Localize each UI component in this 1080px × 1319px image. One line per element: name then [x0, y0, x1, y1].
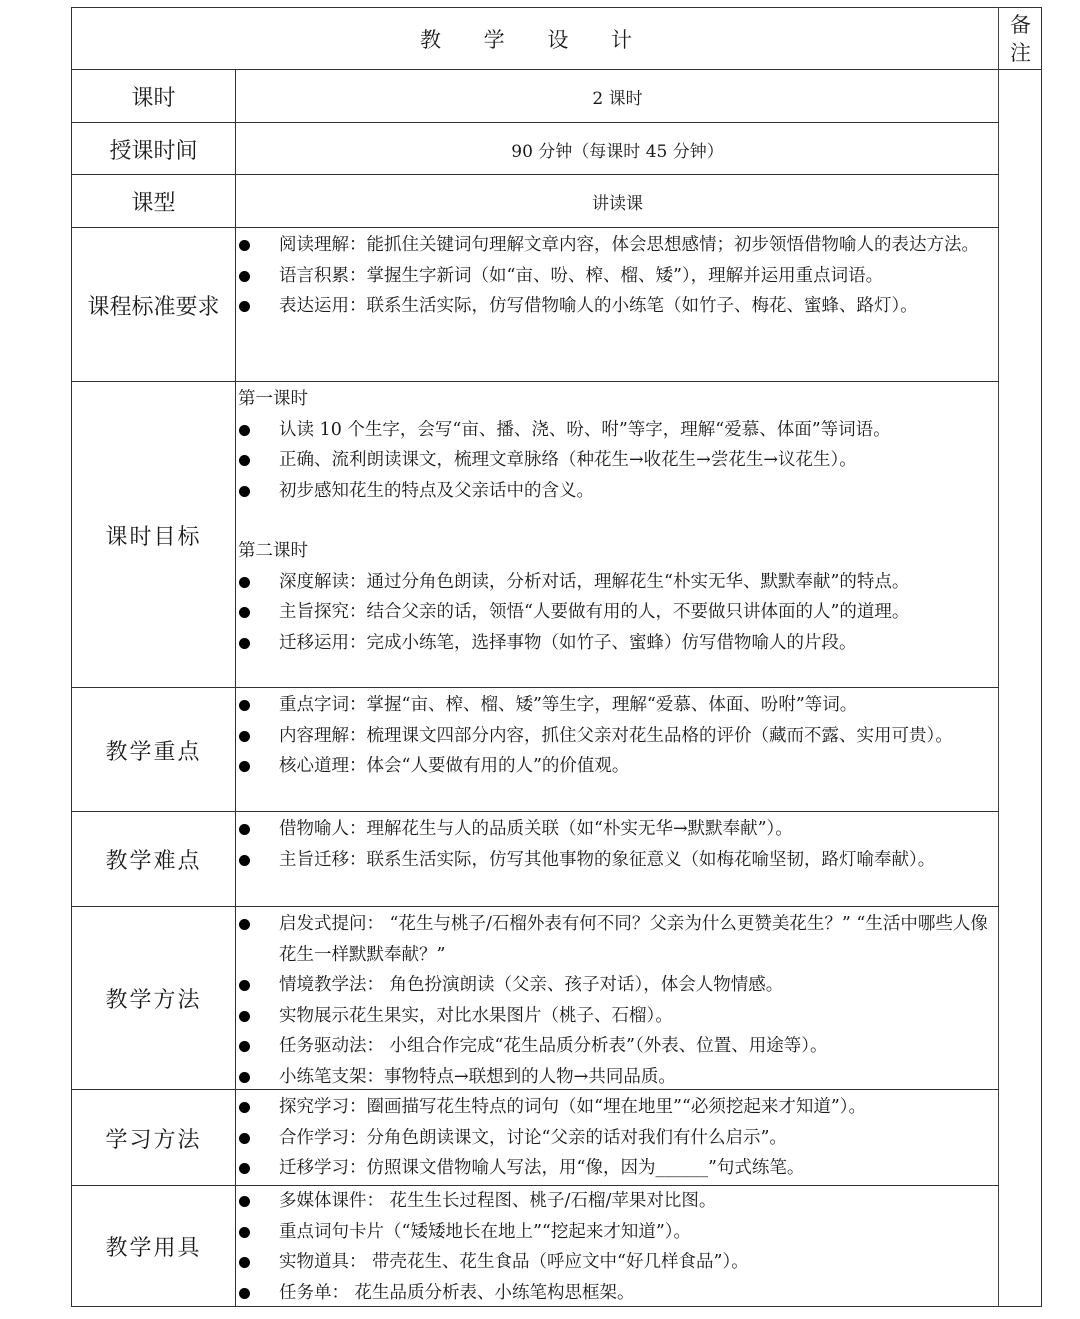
bullet-icon: [239, 855, 250, 866]
list-item: 重点字词：掌握“亩、榨、榴、矮”等生字，理解“爱慕、体面、吩咐”等词。: [236, 690, 998, 721]
list-item: 迁移运用：完成小练笔，选择事物（如竹子、蜜蜂）仿写借物喻人的片段。: [236, 628, 998, 659]
list-item: 启发式提问： “花生与桃子/石榴外表有何不同？父亲为什么更赞美花生？” “生活中…: [236, 909, 998, 970]
label-class-hours: 课时: [71, 70, 236, 123]
list-item-text: 核心道理：体会“人要做有用的人”的价值观。: [279, 756, 629, 776]
list-item-text: 迁移学习：仿照课文借物喻人写法，用“像，因为______”句式练笔。: [279, 1158, 804, 1178]
list-item: 语言积累：掌握生字新词（如“亩、吩、榨、榴、矮”），理解并运用重点词语。: [236, 261, 998, 292]
label-lesson-objectives: 课时目标: [71, 382, 236, 688]
teaching-aids-list: 多媒体课件： 花生生长过程图、桃子/石榴/苹果对比图。 重点词句卡片（“矮矮地长…: [236, 1186, 998, 1308]
curriculum-standard-list: 阅读理解：能抓住关键词句理解文章内容，体会思想感情；初步领悟借物喻人的表达方法。…: [236, 230, 998, 322]
list-item-text: 表达运用：联系生活实际，仿写借物喻人的小练笔（如竹子、梅花、蜜蜂、路灯）。: [279, 296, 918, 316]
list-item: 实物展示花生果实，对比水果图片（桃子、石榴）。: [236, 1001, 998, 1032]
bullet-icon: [239, 1011, 250, 1022]
list-item-text: 任务单： 花生品质分析表、小练笔构思框架。: [279, 1283, 635, 1303]
list-item: 深度解读：通过分角色朗读，分析对话，理解花生“朴实无华、默默奉献”的特点。: [236, 567, 998, 598]
difficulties-list: 借物喻人：理解花生与人的品质关联（如“朴实无华→默默奉献”）。 主旨迁移：联系生…: [236, 814, 998, 875]
list-item: 情境教学法： 角色扮演朗读（父亲、孩子对话），体会人物情感。: [236, 970, 998, 1001]
list-item: 内容理解：梳理课文四部分内容，抓住父亲对花生品格的评价（藏而不露、实用可贵）。: [236, 721, 998, 752]
list-item-text: 认读 10 个生字，会写“亩、播、浇、吩、咐”等字，理解“爱慕、体面”等词语。: [279, 420, 891, 440]
value-class-hours: 2 课时: [236, 70, 999, 123]
bullet-icon: [239, 1257, 250, 1268]
list-item: 主旨迁移：联系生活实际，仿写其他事物的象征意义（如梅花喻坚韧，路灯喻奉献）。: [236, 845, 998, 876]
bullet-icon: [239, 1196, 250, 1207]
list-item-text: 借物喻人：理解花生与人的品质关联（如“朴实无华→默默奉献”）。: [279, 819, 793, 839]
list-item: 阅读理解：能抓住关键词句理解文章内容，体会思想感情；初步领悟借物喻人的表达方法。: [236, 230, 998, 261]
section-heading: 第一课时: [236, 384, 998, 415]
list-item-text: 任务驱动法： 小组合作完成“花生品质分析表”（外表、位置、用途等）。: [279, 1036, 827, 1056]
value-lesson-type: 讲读课: [236, 175, 999, 228]
section-heading: 第二课时: [236, 536, 998, 567]
list-item-text: 探究学习：圈画描写花生特点的词句（如“埋在地里”“必须挖起来才知道”）。: [279, 1097, 866, 1117]
list-item-text: 合作学习：分角色朗读课文，讨论“父亲的话对我们有什么启示”。: [279, 1128, 787, 1148]
key-points-list: 重点字词：掌握“亩、榨、榴、矮”等生字，理解“爱慕、体面、吩咐”等词。 内容理解…: [236, 690, 998, 782]
bullet-icon: [239, 301, 250, 312]
label-key-points: 教学重点: [71, 688, 236, 812]
list-item: 实物道具： 带壳花生、花生食品（呼应文中“好几样食品”）。: [236, 1247, 998, 1278]
list-item: 合作学习：分角色朗读课文，讨论“父亲的话对我们有什么启示”。: [236, 1123, 998, 1154]
list-item: 多媒体课件： 花生生长过程图、桃子/石榴/苹果对比图。: [236, 1186, 998, 1217]
list-item-text: 启发式提问： “花生与桃子/石榴外表有何不同？父亲为什么更赞美花生？” “生活中…: [279, 914, 988, 965]
bullet-icon: [239, 824, 250, 835]
table-title: 教 学 设 计: [71, 7, 999, 70]
bullet-icon: [239, 271, 250, 282]
bullet-icon: [239, 1072, 250, 1083]
list-item: 小练笔支架：事物特点→联想到的人物→共同品质。: [236, 1062, 998, 1093]
list-item-text: 主旨迁移：联系生活实际，仿写其他事物的象征意义（如梅花喻坚韧，路灯喻奉献）。: [279, 850, 935, 870]
label-difficulties: 教学难点: [71, 812, 236, 907]
list-item-text: 多媒体课件： 花生生长过程图、桃子/石榴/苹果对比图。: [279, 1191, 716, 1211]
bullet-icon: [239, 761, 250, 772]
list-item-text: 实物展示花生果实，对比水果图片（桃子、石榴）。: [279, 1006, 673, 1026]
label-learning-methods: 学习方法: [71, 1090, 236, 1186]
bullet-icon: [239, 1163, 250, 1174]
list-item: 认读 10 个生字，会写“亩、播、浇、吩、咐”等字，理解“爱慕、体面”等词语。: [236, 415, 998, 446]
list-item-text: 内容理解：梳理课文四部分内容，抓住父亲对花生品格的评价（藏而不露、实用可贵）。: [279, 726, 953, 746]
list-item-text: 主旨探究：结合父亲的话，领悟“人要做有用的人，不要做只讲体面的人”的道理。: [279, 602, 909, 622]
lesson-objectives-list: 第一课时 认读 10 个生字，会写“亩、播、浇、吩、咐”等字，理解“爱慕、体面”…: [236, 384, 998, 658]
list-item: 初步感知花生的特点及父亲话中的含义。: [236, 476, 998, 507]
label-teaching-aids: 教学用具: [71, 1186, 236, 1307]
bullet-icon: [239, 1288, 250, 1299]
list-item: 借物喻人：理解花生与人的品质关联（如“朴实无华→默默奉献”）。: [236, 814, 998, 845]
bullet-icon: [239, 980, 250, 991]
bullet-icon: [239, 486, 250, 497]
label-teaching-methods: 教学方法: [71, 907, 236, 1090]
bullet-icon: [239, 919, 250, 930]
list-item: 表达运用：联系生活实际，仿写借物喻人的小练笔（如竹子、梅花、蜜蜂、路灯）。: [236, 291, 998, 322]
list-item-text: 正确、流利朗读课文，梳理文章脉络（种花生→收花生→尝花生→议花生）。: [279, 450, 857, 470]
bullet-icon: [239, 607, 250, 618]
bullet-icon: [239, 700, 250, 711]
notes-column: [998, 7, 1042, 1307]
teaching-methods-list: 启发式提问： “花生与桃子/石榴外表有何不同？父亲为什么更赞美花生？” “生活中…: [236, 909, 998, 1092]
list-item-text: 迁移运用：完成小练笔，选择事物（如竹子、蜜蜂）仿写借物喻人的片段。: [279, 633, 857, 653]
label-lesson-type: 课型: [71, 175, 236, 228]
list-item: 探究学习：圈画描写花生特点的词句（如“埋在地里”“必须挖起来才知道”）。: [236, 1092, 998, 1123]
label-curriculum-standard: 课程标准要求: [71, 228, 236, 382]
bullet-icon: [239, 1041, 250, 1052]
list-item: 主旨探究：结合父亲的话，领悟“人要做有用的人，不要做只讲体面的人”的道理。: [236, 597, 998, 628]
list-item: 任务单： 花生品质分析表、小练笔构思框架。: [236, 1278, 998, 1309]
bullet-icon: [239, 638, 250, 649]
list-item-text: 重点词句卡片（“矮矮地长在地上”“挖起来才知道”）。: [279, 1222, 691, 1242]
bullet-icon: [239, 455, 250, 466]
list-item-text: 语言积累：掌握生字新词（如“亩、吩、榨、榴、矮”），理解并运用重点词语。: [279, 266, 883, 286]
list-item: 任务驱动法： 小组合作完成“花生品质分析表”（外表、位置、用途等）。: [236, 1031, 998, 1062]
bullet-icon: [239, 240, 250, 251]
list-item: 核心道理：体会“人要做有用的人”的价值观。: [236, 751, 998, 782]
bullet-icon: [239, 1133, 250, 1144]
bullet-icon: [239, 731, 250, 742]
list-item-text: 实物道具： 带壳花生、花生食品（呼应文中“好几样食品”）。: [279, 1252, 749, 1272]
notes-header-char: 注: [1010, 39, 1031, 67]
learning-methods-list: 探究学习：圈画描写花生特点的词句（如“埋在地里”“必须挖起来才知道”）。 合作学…: [236, 1092, 998, 1184]
bullet-icon: [239, 1102, 250, 1113]
list-item-text: 深度解读：通过分角色朗读，分析对话，理解花生“朴实无华、默默奉献”的特点。: [279, 572, 909, 592]
list-item-text: 情境教学法： 角色扮演朗读（父亲、孩子对话），体会人物情感。: [279, 975, 783, 995]
notes-header: 备 注: [999, 7, 1042, 70]
list-item-text: 初步感知花生的特点及父亲话中的含义。: [279, 481, 594, 501]
list-item: 正确、流利朗读课文，梳理文章脉络（种花生→收花生→尝花生→议花生）。: [236, 445, 998, 476]
bullet-icon: [239, 1227, 250, 1238]
list-item-text: 重点字词：掌握“亩、榨、榴、矮”等生字，理解“爱慕、体面、吩咐”等词。: [279, 695, 857, 715]
notes-header-char: 备: [1010, 11, 1031, 39]
list-item-text: 阅读理解：能抓住关键词句理解文章内容，体会思想感情；初步领悟借物喻人的表达方法。: [279, 235, 979, 255]
bullet-icon: [239, 577, 250, 588]
list-item-text: 小练笔支架：事物特点→联想到的人物→共同品质。: [279, 1067, 676, 1087]
label-teaching-time: 授课时间: [71, 123, 236, 175]
bullet-icon: [239, 425, 250, 436]
value-teaching-time: 90 分钟（每课时 45 分钟）: [236, 123, 999, 175]
list-item: 迁移学习：仿照课文借物喻人写法，用“像，因为______”句式练笔。: [236, 1153, 998, 1184]
list-item: 重点词句卡片（“矮矮地长在地上”“挖起来才知道”）。: [236, 1217, 998, 1248]
